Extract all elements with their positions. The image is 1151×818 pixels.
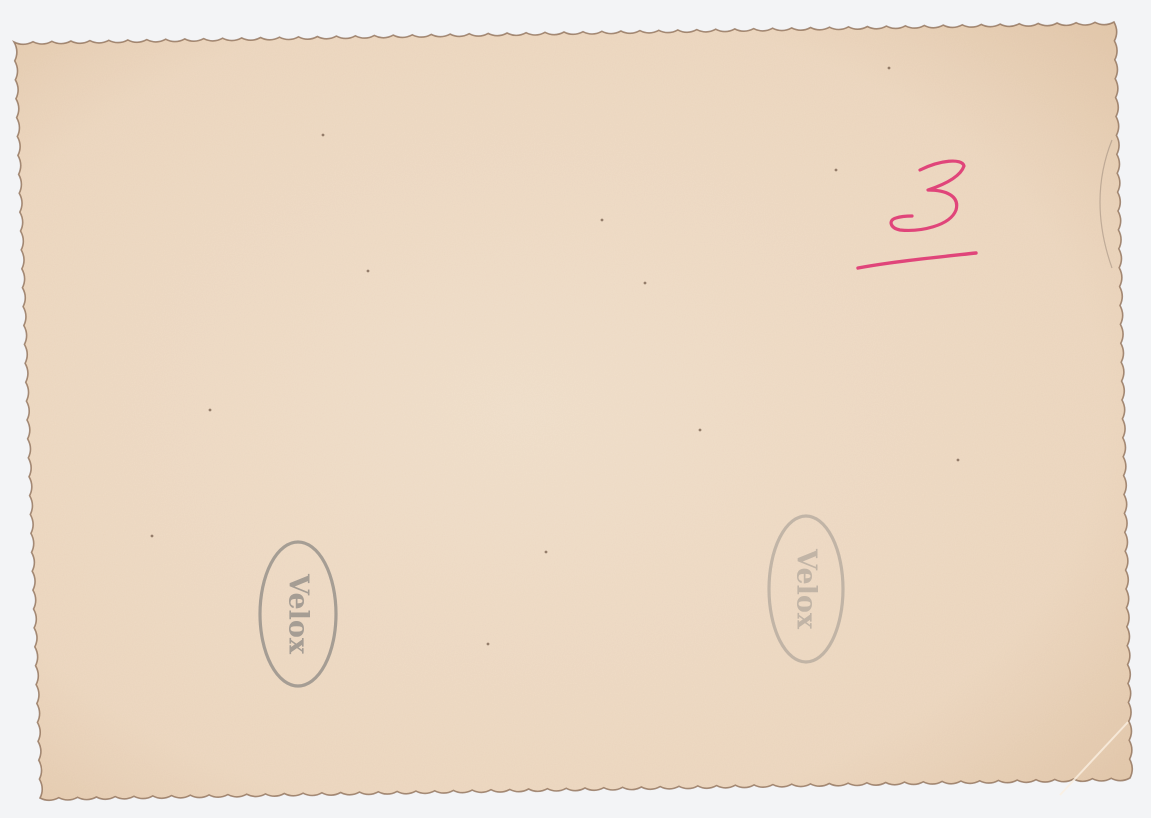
velox-stamp-right: Velox bbox=[765, 512, 847, 666]
velox-stamp-left: Velox bbox=[256, 538, 340, 690]
photo-paper bbox=[0, 0, 1151, 818]
velox-stamp-label: Velox bbox=[283, 573, 314, 655]
number-underline bbox=[858, 253, 976, 268]
deckle-edge-paper bbox=[14, 22, 1132, 800]
number-3-glyph bbox=[891, 161, 964, 230]
velox-stamp-label: Velox bbox=[791, 548, 822, 630]
photo-back bbox=[0, 0, 1151, 818]
handwritten-number: 3 bbox=[850, 150, 985, 275]
